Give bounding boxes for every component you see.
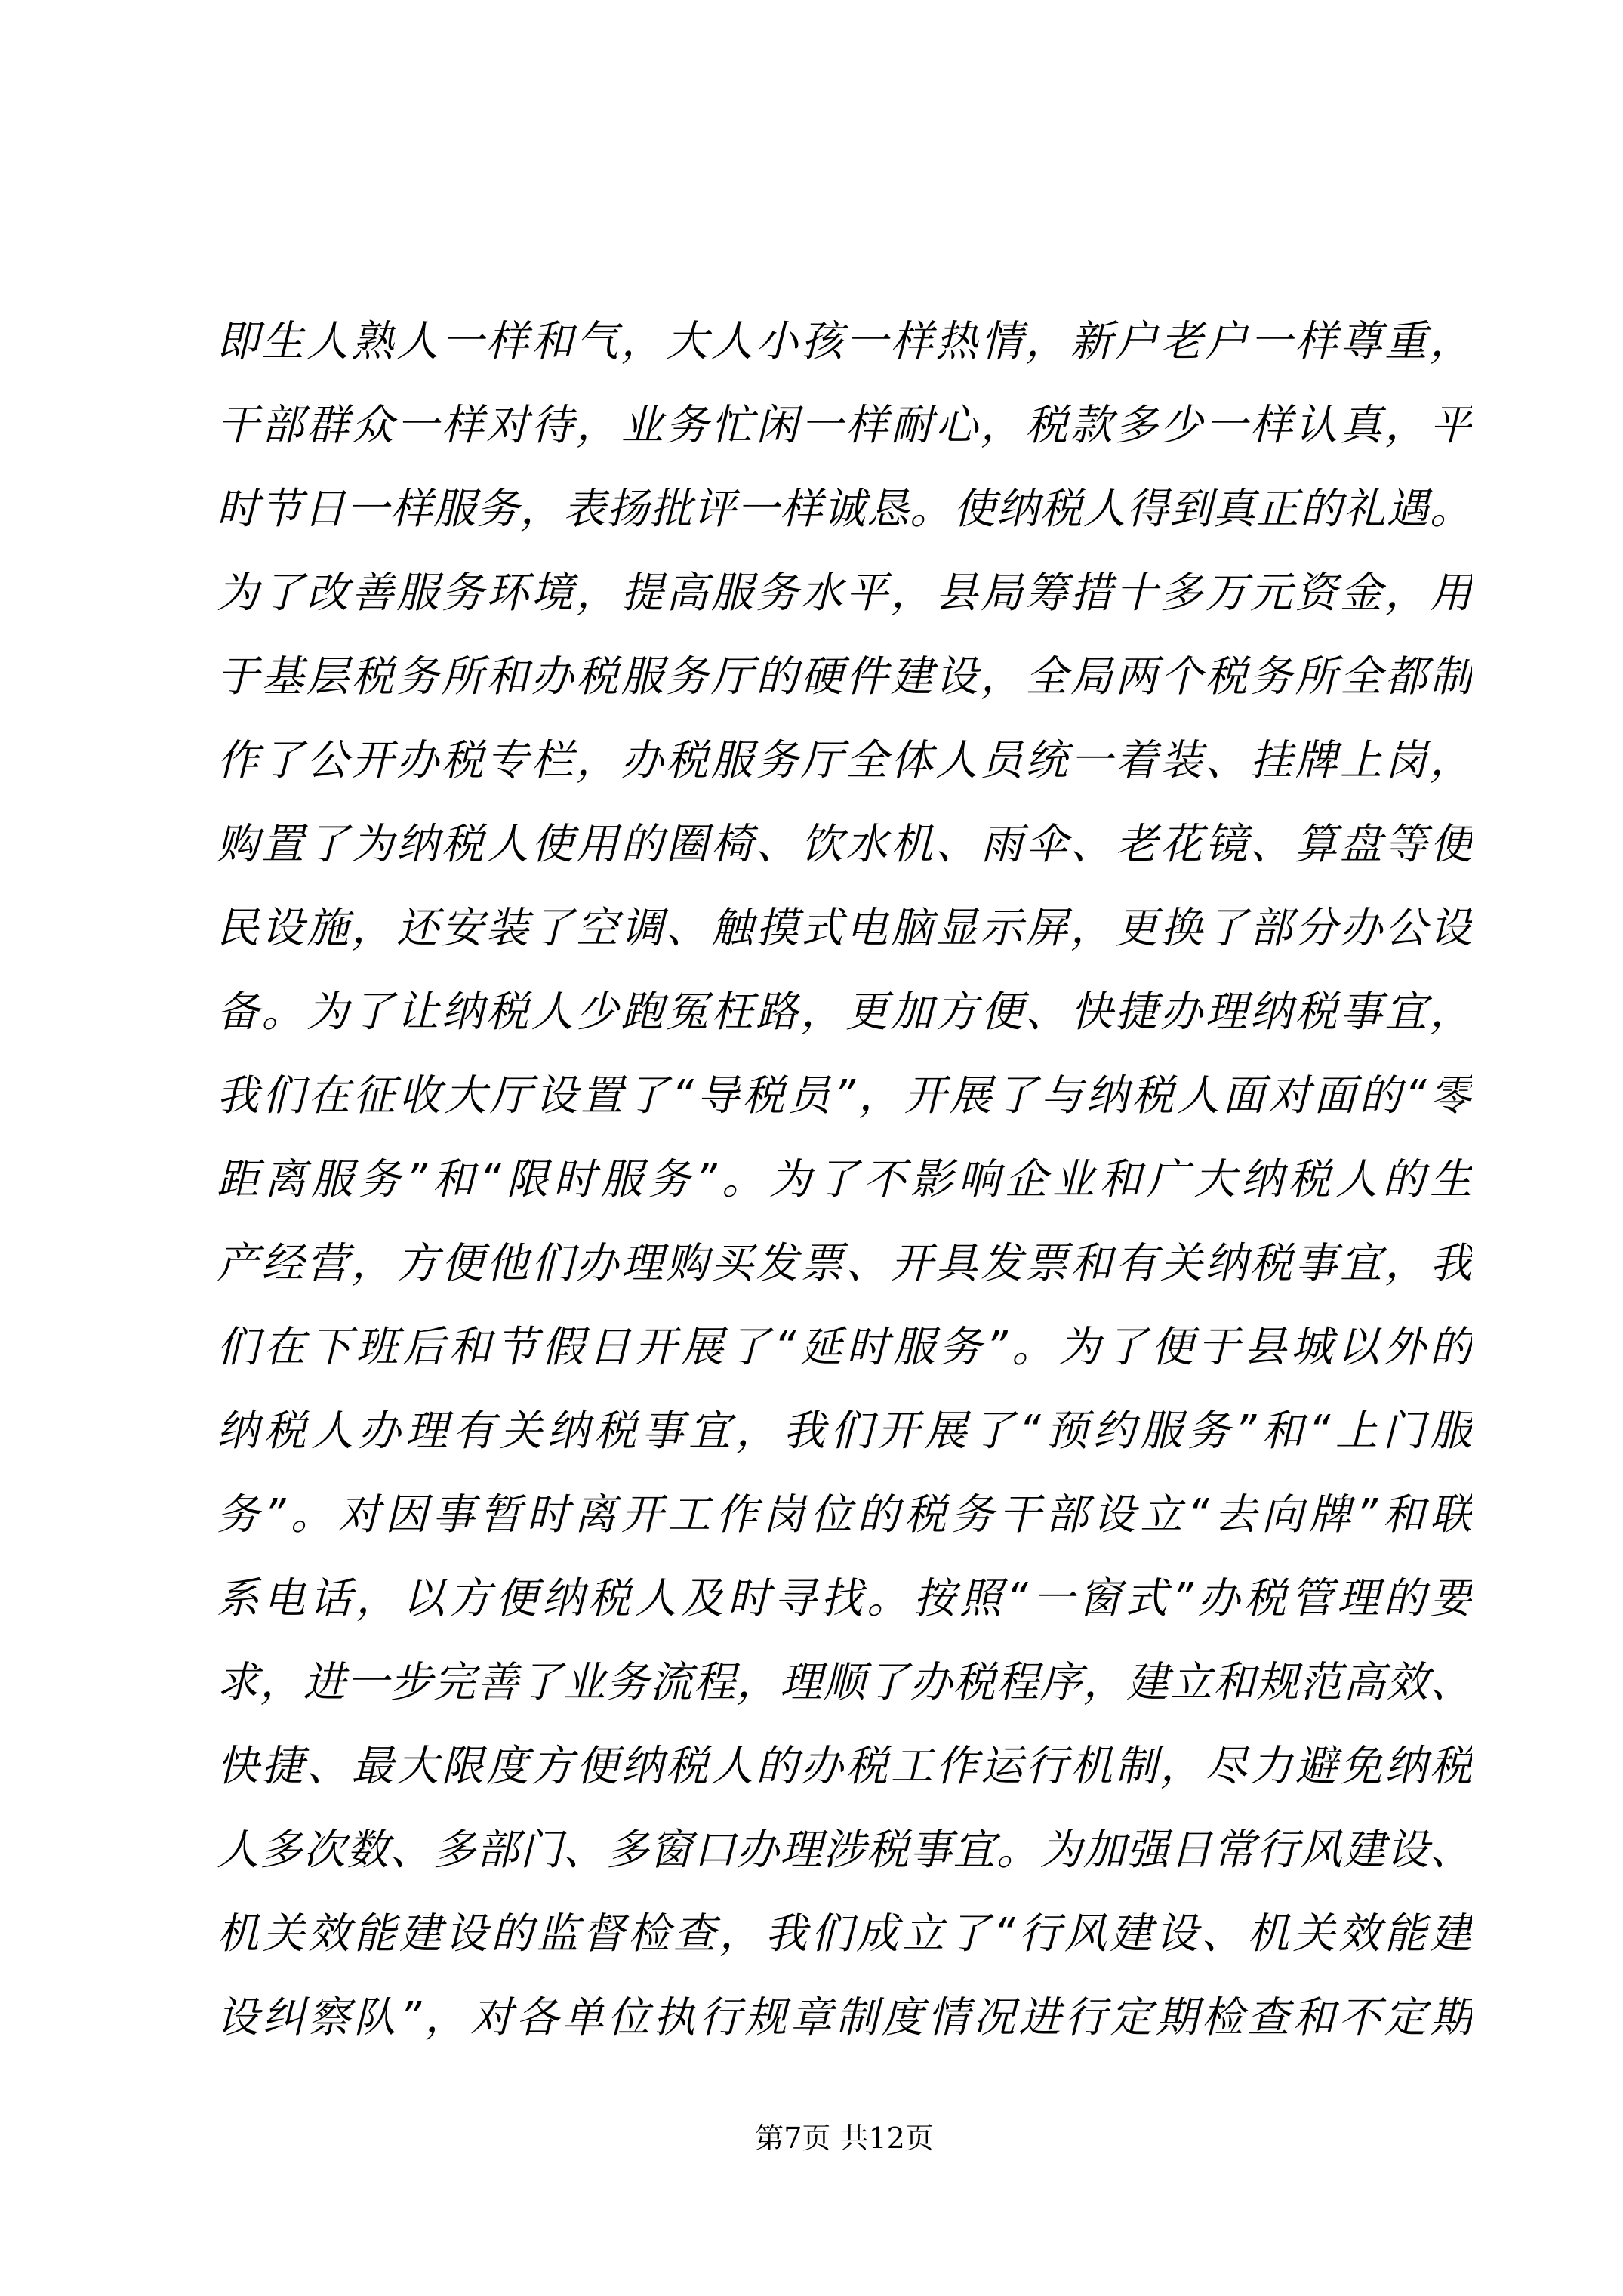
text-line: 人多次数、多部门、多窗口办理涉税事宜。为加强日常行风建设、 [217, 1808, 1472, 1892]
page-indicator: 第7页 共12页 [755, 2122, 934, 2155]
text-line: 于基层税务所和办税服务厅的硬件建设，全局两个税务所全都制 [217, 635, 1472, 719]
text-line: 干部群众一样对待，业务忙闲一样耐心，税款多少一样认真，平 [217, 384, 1472, 467]
text-line: 产经营，方便他们办理购买发票、开具发票和有关纳税事宜，我 [217, 1222, 1472, 1305]
text-line: 求，进一步完善了业务流程，理顺了办税程序，建立和规范高效、 [217, 1641, 1472, 1724]
text-line: 快捷、最大限度方便纳税人的办税工作运行机制，尽力避免纳税 [217, 1724, 1472, 1808]
text-line: 机关效能建设的监督检查，我们成立了“行风建设、机关效能建 [217, 1892, 1472, 1976]
text-line: 系电话，以方便纳税人及时寻找。按照“一窗式”办税管理的要 [217, 1557, 1472, 1641]
text-line: 购置了为纳税人使用的圈椅、饮水机、雨伞、老花镜、算盘等便 [217, 803, 1472, 886]
text-line: 纳税人办理有关纳税事宜，我们开展了“预约服务”和“上门服 [217, 1389, 1472, 1473]
text-line: 民设施，还安装了空调、触摸式电脑显示屏，更换了部分办公设 [217, 886, 1472, 970]
page-footer: 第7页 共12页 [217, 2116, 1472, 2161]
document-page: 即生人熟人一样和气，大人小孩一样热情，新户老户一样尊重，干部群众一样对待，业务忙… [0, 0, 1623, 2296]
text-line: 距离服务”和“限时服务”。为了不影响企业和广大纳税人的生 [217, 1138, 1472, 1222]
text-line: 我们在征收大厅设置了“导税员”，开展了与纳税人面对面的“零 [217, 1054, 1472, 1138]
text-line: 作了公开办税专栏，办税服务厅全体人员统一着装、挂牌上岗， [217, 719, 1472, 803]
text-line: 备。为了让纳税人少跑冤枉路，更加方便、快捷办理纳税事宜， [217, 970, 1472, 1054]
text-line: 为了改善服务环境，提高服务水平，县局筹措十多万元资金，用 [217, 551, 1472, 635]
text-line: 即生人熟人一样和气，大人小孩一样热情，新户老户一样尊重， [217, 300, 1472, 384]
text-line: 设纠察队”，对各单位执行规章制度情况进行定期检查和不定期 [217, 1976, 1472, 2060]
document-body: 即生人熟人一样和气，大人小孩一样热情，新户老户一样尊重，干部群众一样对待，业务忙… [217, 300, 1472, 2060]
text-line: 时节日一样服务，表扬批评一样诚恳。使纳税人得到真正的礼遇。 [217, 467, 1472, 551]
text-line: 务”。对因事暂时离开工作岗位的税务干部设立“去向牌”和联 [217, 1473, 1472, 1557]
text-line: 们在下班后和节假日开展了“延时服务”。为了便于县城以外的 [217, 1305, 1472, 1389]
